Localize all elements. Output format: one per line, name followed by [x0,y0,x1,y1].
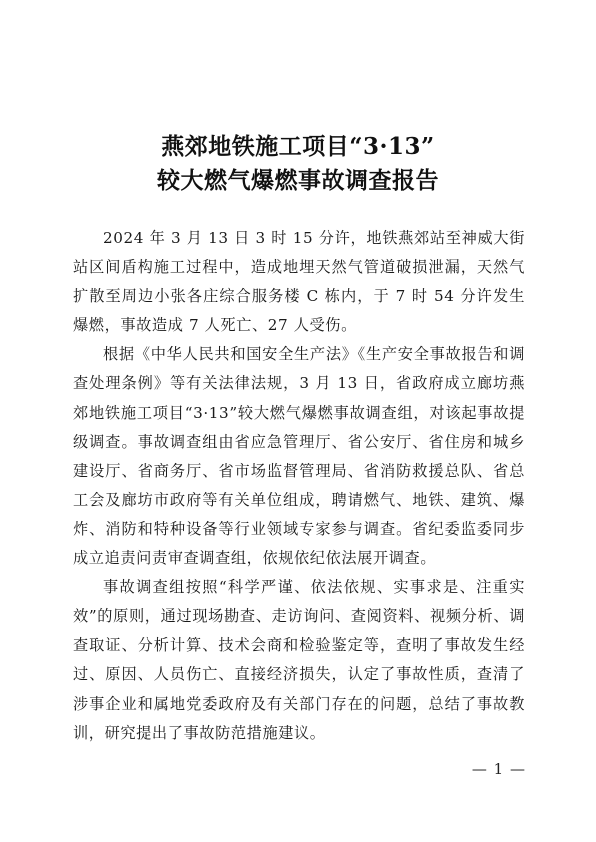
report-title-line-2: 较大燃气爆燃事故调查报告 [0,162,596,195]
paragraph-investigation-principles: 事故调查组按照“科学严谨、依法依规、实事求是、注重实效”的原则，通过现场勘查、走… [73,573,525,748]
report-body: 2024 年 3 月 13 日 3 时 15 分许，地铁燕郊站至神威大街站区间盾… [73,224,525,748]
page-number: — 1 — [472,760,526,778]
paragraph-investigation-team: 根据《中华人民共和国安全生产法》《生产安全事故报告和调查处理条例》等有关法律法规… [73,340,525,573]
paragraph-incident-summary: 2024 年 3 月 13 日 3 时 15 分许，地铁燕郊站至神威大街站区间盾… [73,224,525,340]
report-title-line-1: 燕郊地铁施工项目“3·13” [0,128,596,161]
